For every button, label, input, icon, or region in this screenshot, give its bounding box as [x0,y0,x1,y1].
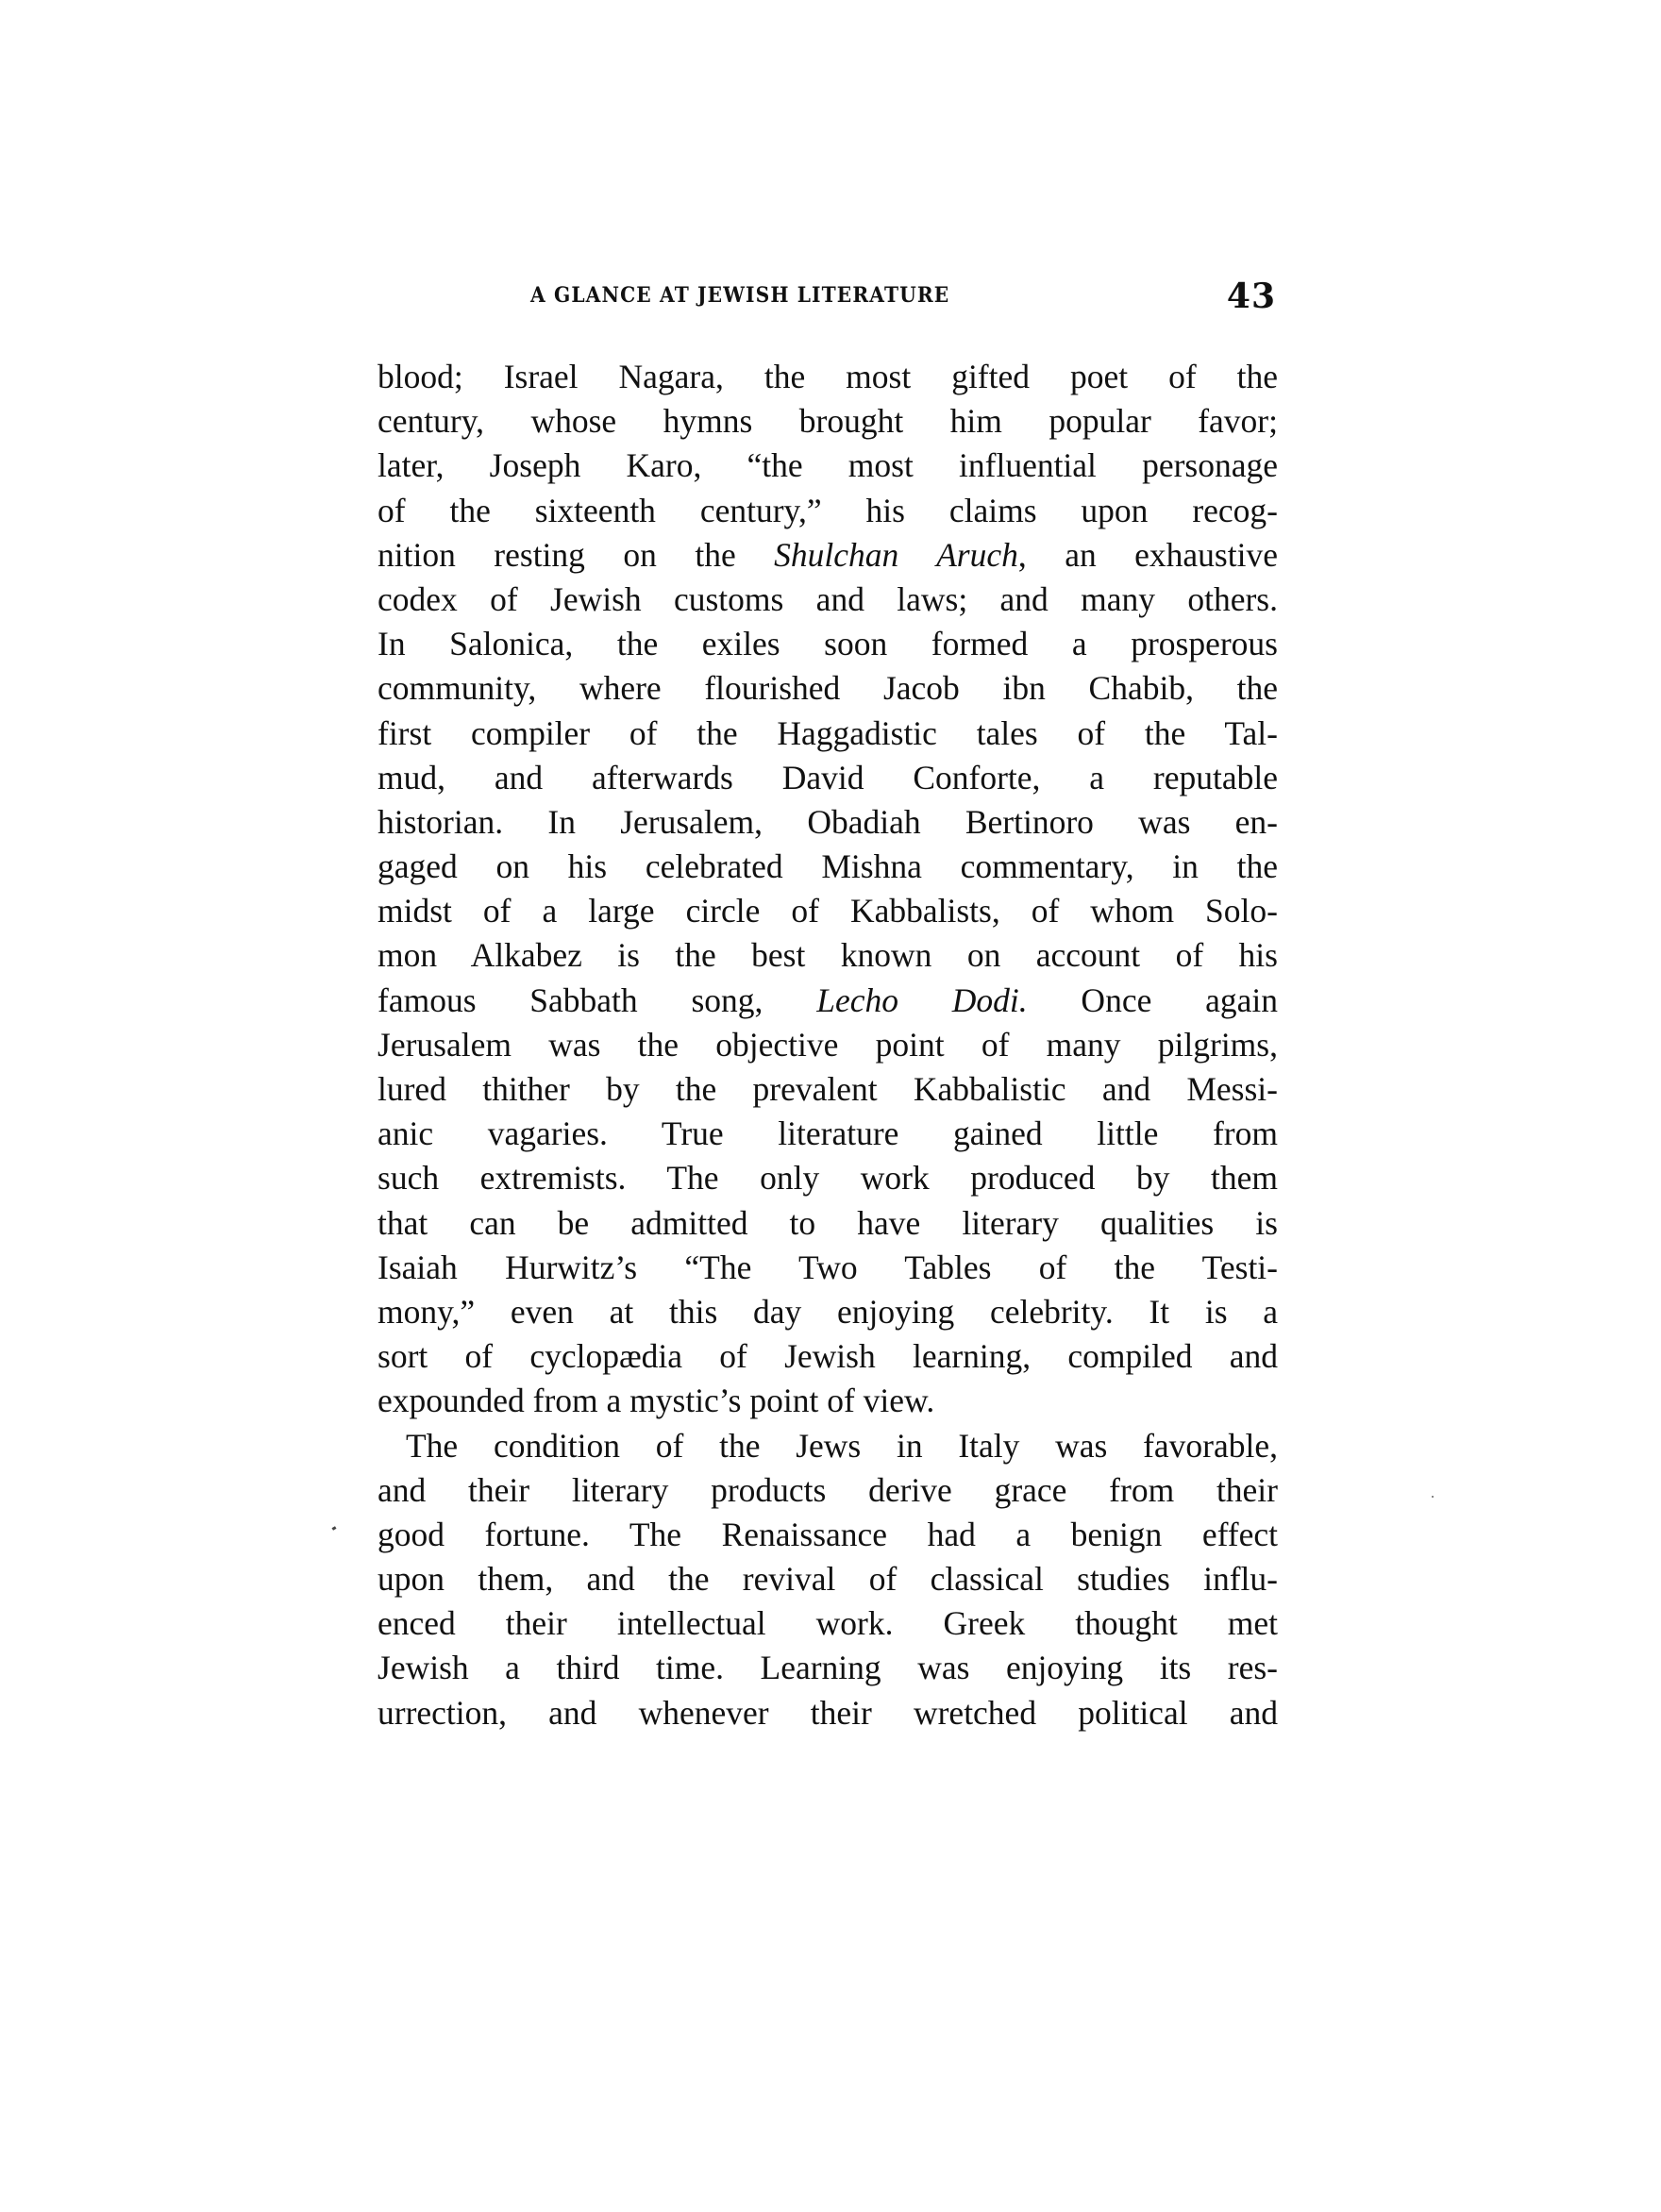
text-line: nition resting on the Shulchan Aruch, an… [377,533,1278,578]
text-line: lured thither by the prevalent Kabbalist… [377,1067,1278,1112]
text-line: and their literary products derive grace… [377,1468,1278,1513]
text-line: of the sixteenth century,” his claims up… [377,489,1278,533]
text-line: upon them, and the revival of classical … [377,1557,1278,1601]
body-text: blood; Israel Nagara, the most gifted po… [377,355,1278,1735]
text-line: century, whose hymns brought him popular… [377,399,1278,444]
text-line: blood; Israel Nagara, the most gifted po… [377,355,1278,399]
italic-title-lecho-dodi: Lecho Dodi. [816,981,1027,1019]
running-header: A GLANCE AT JEWISH LITERATURE 43 [376,274,1278,315]
text-line: Jewish a third time. Learning was enjoyi… [377,1646,1278,1690]
text-line: mud, and afterwards David Conforte, a re… [377,756,1278,800]
text-line: Jerusalem was the objective point of man… [377,1023,1278,1067]
scan-speck [1432,1496,1434,1498]
text-segment: Once again [1028,981,1278,1019]
page-number: 43 [1227,276,1276,316]
text-line: sort of cyclopædia of Jewish learning, c… [377,1334,1278,1379]
text-line: mon Alkabez is the best known on account… [377,933,1278,978]
paragraph-2: The condition of the Jews in Italy was f… [377,1424,1278,1735]
paragraph-1: blood; Israel Nagara, the most gifted po… [377,355,1278,1424]
italic-title-shulchan-aruch: Shulchan Aruch [774,536,1018,574]
text-line: community, where flourished Jacob ibn Ch… [377,666,1278,711]
text-line: historian. In Jerusalem, Obadiah Bertino… [377,800,1278,845]
text-line: The condition of the Jews in Italy was f… [377,1424,1278,1468]
scan-speck [332,1526,337,1531]
text-line: Isaiah Hurwitz’s “The Two Tables of the … [377,1246,1278,1290]
text-line: urrection, and whenever their wretched p… [377,1691,1278,1735]
text-line: such extremists. The only work produced … [377,1156,1278,1200]
text-line: expounded from a mystic’s point of view. [377,1379,1278,1423]
text-line: good fortune. The Renaissance had a beni… [377,1513,1278,1557]
text-line: enced their intellectual work. Greek tho… [377,1601,1278,1646]
text-line: that can be admitted to have literary qu… [377,1201,1278,1246]
text-line: gaged on his celebrated Mishna commentar… [377,845,1278,889]
text-line: midst of a large circle of Kabbalists, o… [377,889,1278,933]
text-line: mony,” even at this day enjoying celebri… [377,1290,1278,1334]
text-line: anic vagaries. True literature gained li… [377,1112,1278,1156]
text-line: codex of Jewish customs and laws; and ma… [377,578,1278,622]
book-page: A GLANCE AT JEWISH LITERATURE 43 blood; … [0,0,1661,2212]
text-line: first compiler of the Haggadistic tales … [377,712,1278,756]
text-line: famous Sabbath song, Lecho Dodi. Once ag… [377,979,1278,1023]
text-segment: famous Sabbath song, [377,981,816,1019]
running-title: A GLANCE AT JEWISH LITERATURE [530,283,949,308]
text-segment: , an exhaustive [1018,536,1278,574]
text-line: later, Joseph Karo, “the most influentia… [377,444,1278,488]
text-line: In Salonica, the exiles soon formed a pr… [377,622,1278,666]
text-segment: nition resting on the [377,536,774,574]
